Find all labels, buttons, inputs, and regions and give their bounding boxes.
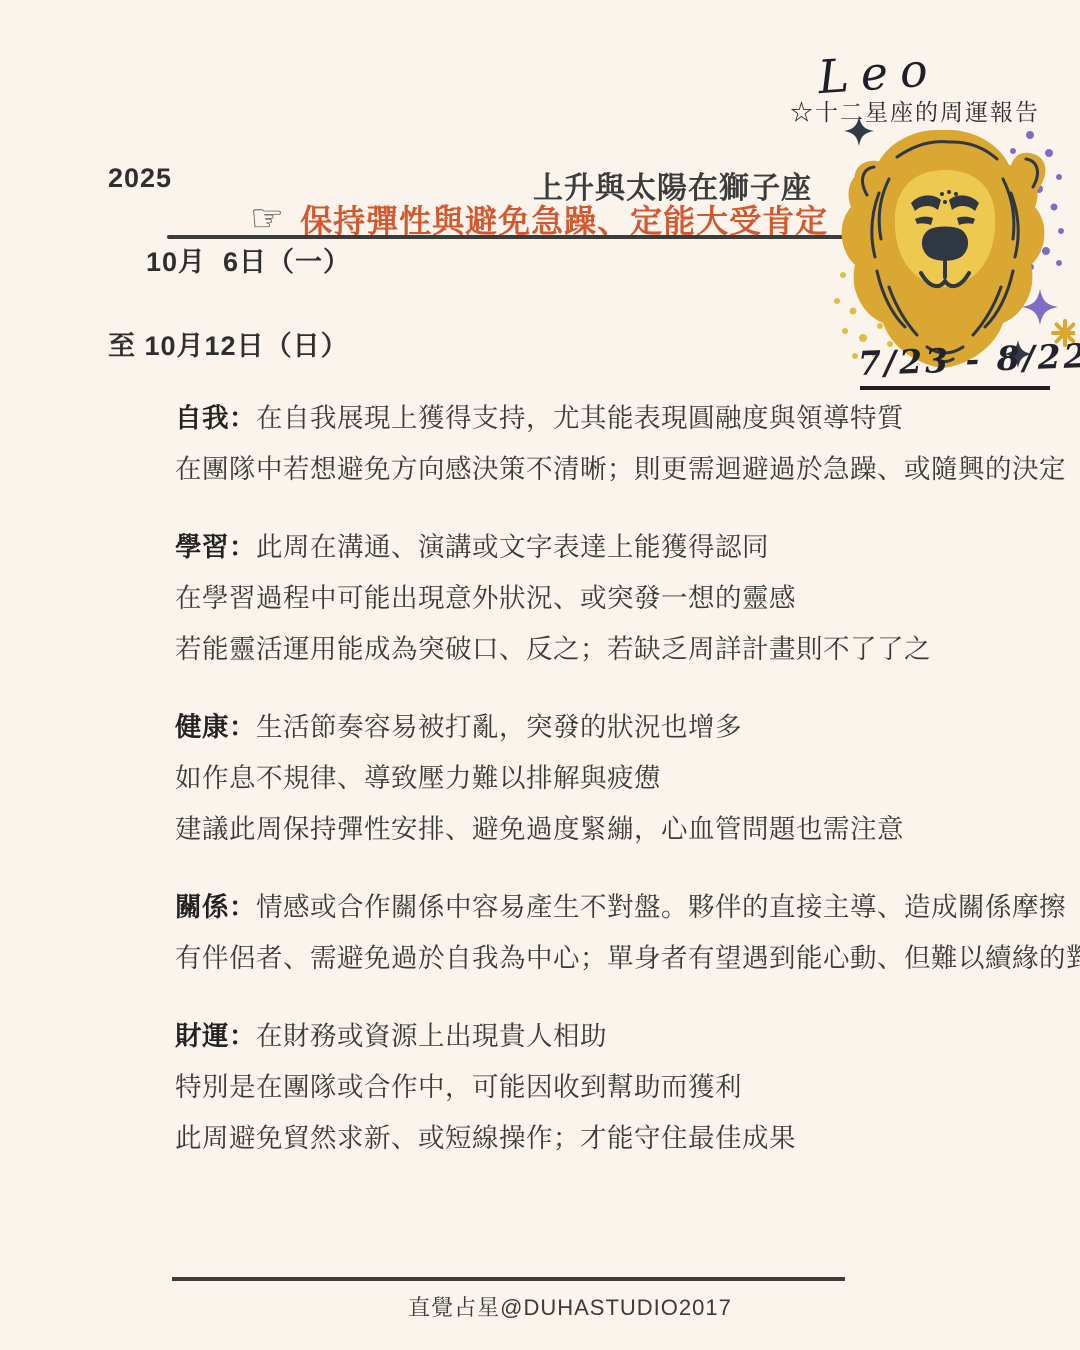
section-line: 建議此周保持彈性安排、避免過度緊繃，心血管問題也需注意: [175, 813, 1070, 845]
section-first-line: 自我：在自我展現上獲得支持，尤其能表現圓融度與領導特質: [175, 402, 1070, 434]
week-date-block: 2025 10月 6日（一） 至 10月12日（日）: [108, 108, 351, 416]
section-text: 在財務或資源上出現貴人相助: [256, 1021, 607, 1051]
date-range-underline: [860, 386, 1050, 390]
section-line: 在團隊中若想避免方向感決策不清晰；則更需迴避過於急躁、或隨興的決定: [175, 453, 1070, 485]
section-label: 自我：: [175, 403, 256, 433]
horoscope-section: 健康：生活節奏容易被打亂，突發的狀況也增多如作息不規律、導致壓力難以排解與疲憊建…: [175, 711, 1070, 845]
section-text: 生活節奏容易被打亂，突發的狀況也增多: [256, 712, 742, 742]
zodiac-date-range: 7/23 - 8/22: [857, 336, 1080, 383]
year-label: 2025: [108, 164, 351, 192]
section-label: 財運：: [175, 1021, 256, 1051]
section-line: 如作息不規律、導致壓力難以排解與疲憊: [175, 762, 1070, 794]
section-label: 關係：: [175, 892, 256, 922]
horoscope-section: 自我：在自我展現上獲得支持，尤其能表現圓融度與領導特質在團隊中若想避免方向感決策…: [175, 402, 1070, 485]
section-first-line: 關係：情感或合作關係中容易產生不對盤。夥伴的直接主導、造成關係摩擦: [175, 891, 1070, 923]
section-line: 此周避免貿然求新、或短線操作；才能守住最佳成果: [175, 1122, 1070, 1154]
report-body: 自我：在自我展現上獲得支持，尤其能表現圓融度與領導特質在團隊中若想避免方向感決策…: [175, 402, 1070, 1200]
section-text: 此周在溝通、演講或文字表達上能獲得認同: [256, 532, 769, 562]
section-label: 健康：: [175, 712, 256, 742]
start-date-label: 10月 6日（一）: [108, 248, 351, 276]
section-first-line: 財運：在財務或資源上出現貴人相助: [175, 1020, 1070, 1052]
section-first-line: 健康：生活節奏容易被打亂，突發的狀況也增多: [175, 711, 1070, 743]
section-label: 學習：: [175, 532, 256, 562]
section-line: 在學習過程中可能出現意外狀況、或突發一想的靈感: [175, 582, 1070, 614]
horoscope-section: 關係：情感或合作關係中容易產生不對盤。夥伴的直接主導、造成關係摩擦有伴侶者、需避…: [175, 891, 1070, 974]
section-text: 在自我展現上獲得支持，尤其能表現圓融度與領導特質: [256, 403, 904, 433]
credit-line: 直覺占星@DUHASTUDIO2017: [180, 1291, 960, 1322]
sparkle-star-icon: [844, 116, 874, 146]
header-divider: [167, 235, 845, 239]
horoscope-section: 財運：在財務或資源上出現貴人相助特別是在團隊或合作中，可能因收到幫助而獲利此周避…: [175, 1020, 1070, 1154]
section-line: 若能靈活運用能成為突破口、反之；若缺乏周詳計畫則不了了之: [175, 633, 1070, 665]
pointing-hand-icon: ☞: [250, 200, 284, 238]
section-line: 有伴侶者、需避免過於自我為中心；單身者有望遇到能心動、但難以續緣的對象: [175, 942, 1070, 974]
section-line: 特別是在團隊或合作中，可能因收到幫助而獲利: [175, 1071, 1070, 1103]
footer-divider: [172, 1277, 845, 1281]
section-text: 情感或合作關係中容易產生不對盤。夥伴的直接主導、造成關係摩擦: [256, 892, 1066, 922]
end-date-label: 至 10月12日（日）: [108, 332, 351, 360]
horoscope-section: 學習：此周在溝通、演講或文字表達上能獲得認同在學習過程中可能出現意外狀況、或突發…: [175, 531, 1070, 665]
horoscope-poster: 2025 10月 6日（一） 至 10月12日（日） Leo ☆十二星座的周運報…: [0, 0, 1080, 1350]
section-first-line: 學習：此周在溝通、演講或文字表達上能獲得認同: [175, 531, 1070, 563]
